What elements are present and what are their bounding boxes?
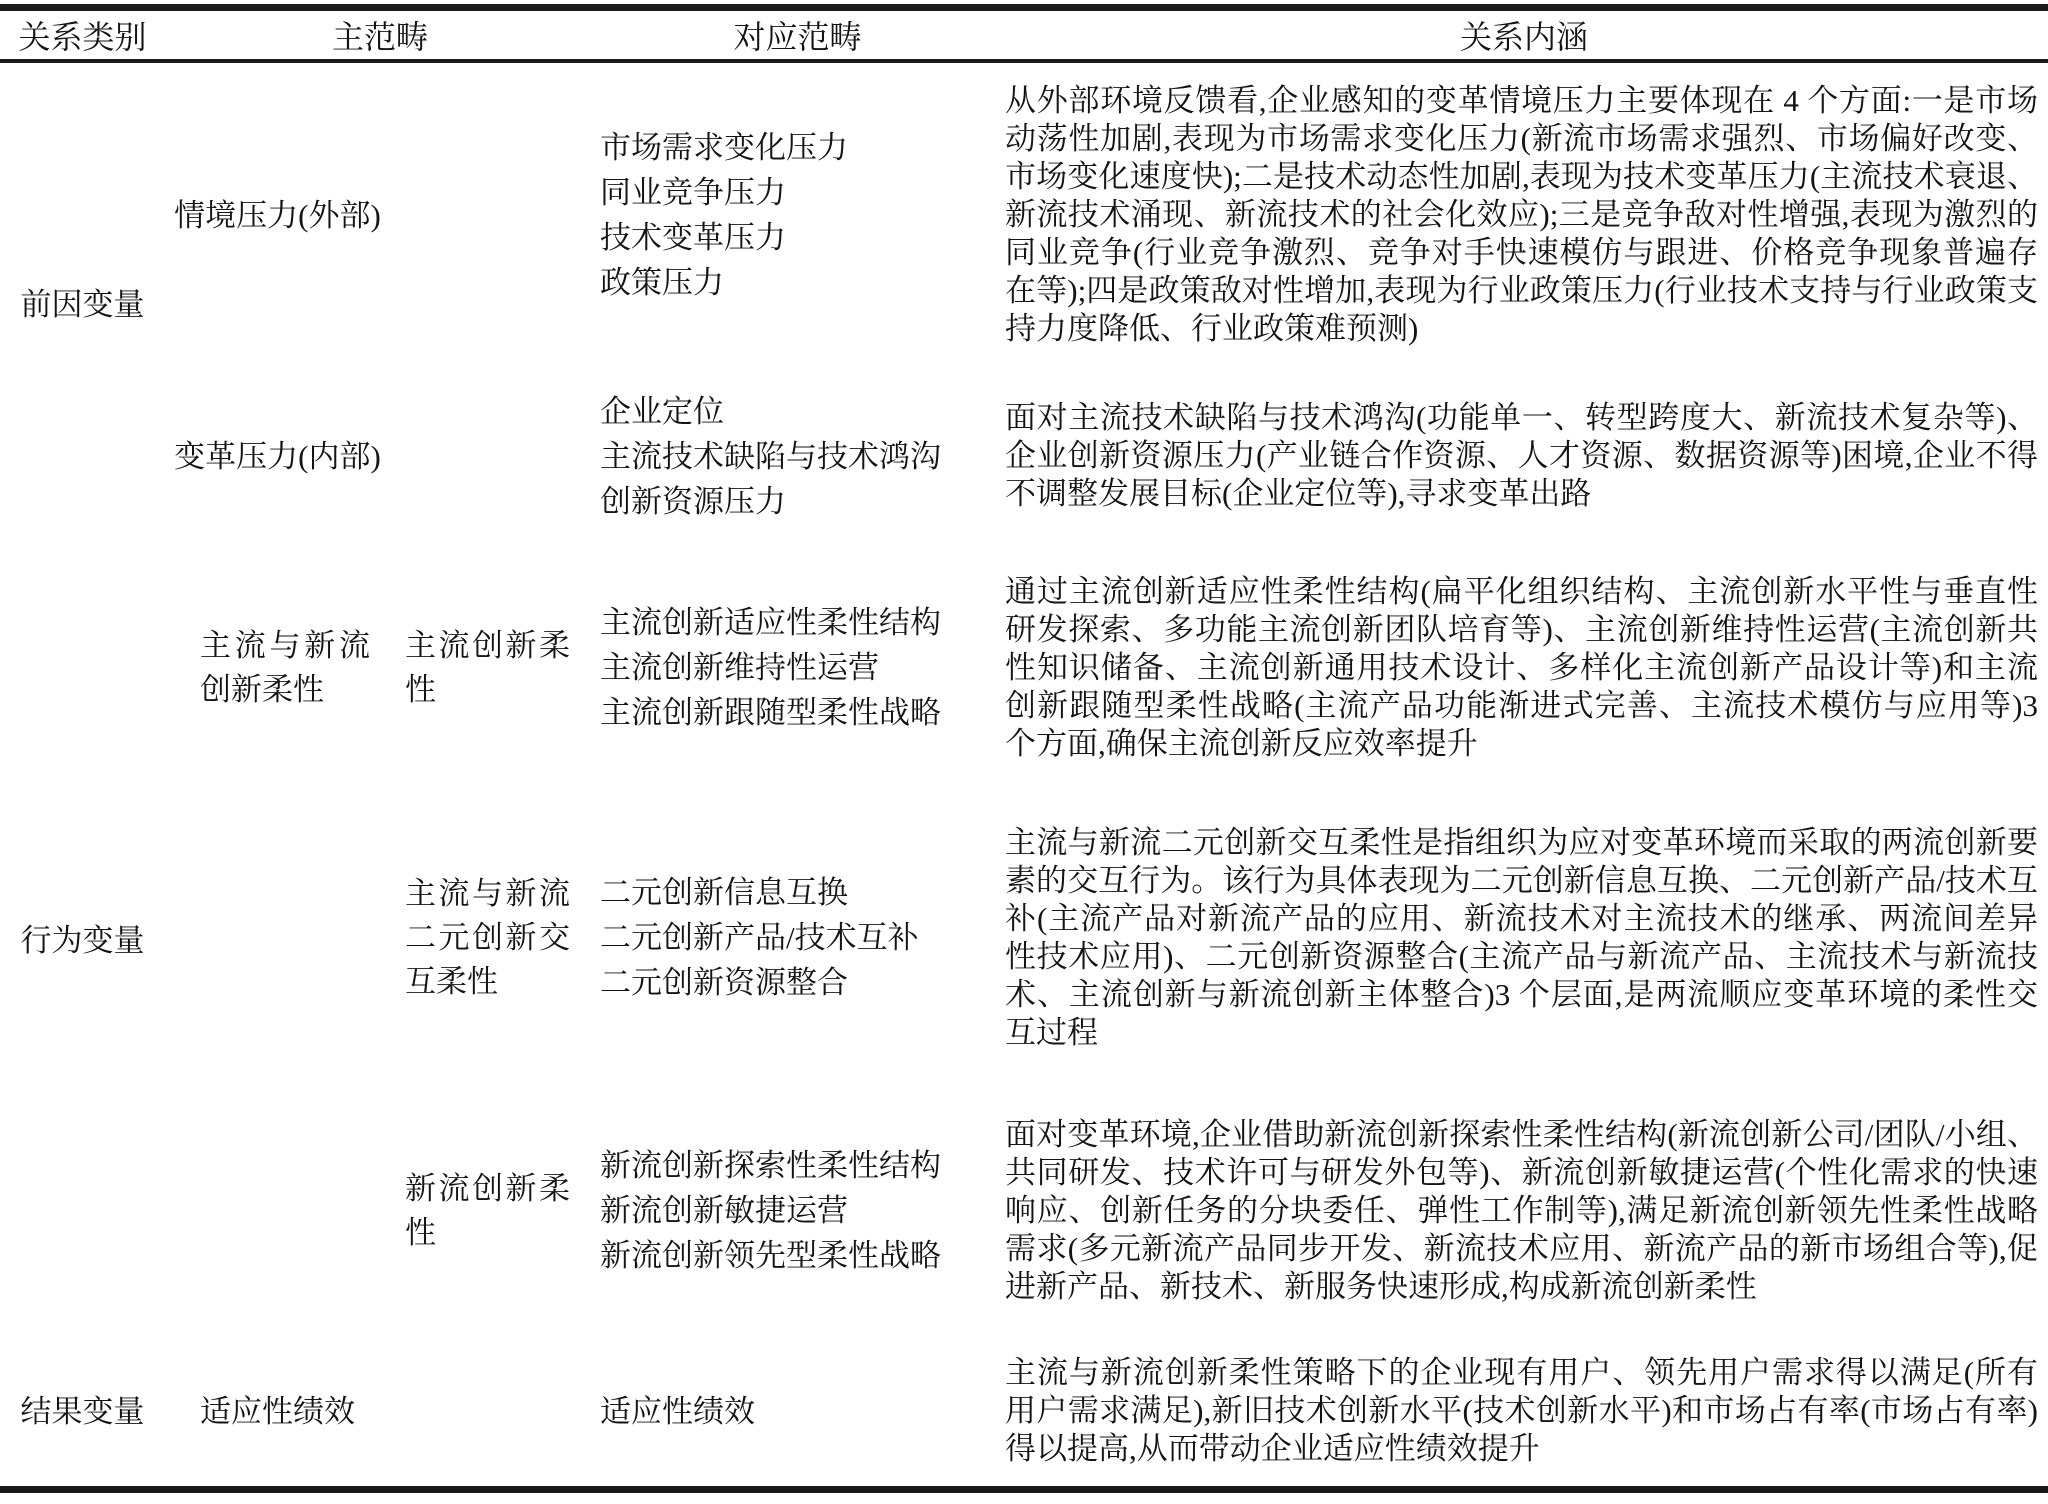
corresponding-item: 同业竞争压力: [600, 170, 1000, 215]
corresponding-cell: 市场需求变化压力 同业竞争压力 技术变革压力 政策压力: [595, 61, 1000, 367]
main-category-group-cell: [165, 1085, 400, 1336]
header-corresponding-category: 对应范畴: [595, 11, 1000, 61]
corresponding-item: 技术变革压力: [600, 215, 1000, 260]
corresponding-item: 新流创新领先型柔性战略: [600, 1233, 1000, 1278]
header-main-category: 主范畴: [165, 11, 595, 61]
sub-category-cell: [400, 61, 595, 367]
corresponding-item: 主流创新跟随型柔性战略: [600, 690, 1000, 735]
corresponding-cell: 企业定位 主流技术缺陷与技术鸿沟 创新资源压力: [595, 367, 1000, 545]
paper-table-page: 关系类别 主范畴 对应范畴 关系内涵 前因变量 情境压力(外部) 市场需求变化压…: [0, 0, 2048, 1504]
corresponding-item: 市场需求变化压力: [600, 125, 1000, 170]
corresponding-cell: 适应性绩效: [595, 1336, 1000, 1486]
sub-category-cell: 主流与新流二元创新交互柔性: [400, 790, 595, 1085]
sub-category-cell: [400, 1336, 595, 1486]
corresponding-item: 二元创新信息互换: [600, 870, 1000, 915]
table-bottom-rule: [0, 1486, 2048, 1493]
corresponding-item: 二元创新产品/技术互补: [600, 915, 1000, 960]
corresponding-item: 二元创新资源整合: [600, 960, 1000, 1005]
corresponding-cell: 二元创新信息互换 二元创新产品/技术互补 二元创新资源整合: [595, 790, 1000, 1085]
table-top-rule: [0, 4, 2048, 11]
main-category-cell: 变革压力(内部): [165, 367, 400, 545]
table-row: 前因变量 情境压力(外部) 市场需求变化压力 同业竞争压力 技术变革压力 政策压…: [0, 61, 2048, 367]
corresponding-item: 新流创新探索性柔性结构: [600, 1143, 1000, 1188]
corresponding-item: 创新资源压力: [600, 479, 1000, 524]
main-category-group-cell: 主流与新流创新柔性: [165, 545, 400, 790]
table-row: 变革压力(内部) 企业定位 主流技术缺陷与技术鸿沟 创新资源压力 面对主流技术缺…: [0, 367, 2048, 545]
corresponding-item: 适应性绩效: [600, 1389, 1000, 1434]
connotation-cell: 主流与新流二元创新交互柔性是指组织为应对变革环境而采取的两流创新要素的交互行为。…: [1000, 790, 2048, 1085]
table-row: 结果变量 适应性绩效 适应性绩效 主流与新流创新柔性策略下的企业现有用户、领先用…: [0, 1336, 2048, 1486]
category-cell: 结果变量: [0, 1336, 165, 1486]
corresponding-cell: 主流创新适应性柔性结构 主流创新维持性运营 主流创新跟随型柔性战略: [595, 545, 1000, 790]
table-row: 新流创新柔性 新流创新探索性柔性结构 新流创新敏捷运营 新流创新领先型柔性战略 …: [0, 1085, 2048, 1336]
sub-category-cell: [400, 367, 595, 545]
main-category-group-cell: [165, 790, 400, 1085]
corresponding-item: 企业定位: [600, 389, 1000, 434]
corresponding-item: 政策压力: [600, 260, 1000, 305]
connotation-cell: 面对主流技术缺陷与技术鸿沟(功能单一、转型跨度大、新流技术复杂等)、企业创新资源…: [1000, 367, 2048, 545]
category-cell: 前因变量: [0, 61, 165, 545]
sub-category-cell: 新流创新柔性: [400, 1085, 595, 1336]
connotation-cell: 通过主流创新适应性柔性结构(扁平化组织结构、主流创新水平性与垂直性研发探索、多功…: [1000, 545, 2048, 790]
connotation-cell: 主流与新流创新柔性策略下的企业现有用户、领先用户需求得以满足(所有用户需求满足)…: [1000, 1336, 2048, 1486]
corresponding-cell: 新流创新探索性柔性结构 新流创新敏捷运营 新流创新领先型柔性战略: [595, 1085, 1000, 1336]
header-row: 关系类别 主范畴 对应范畴 关系内涵: [0, 11, 2048, 61]
table-row: 主流与新流二元创新交互柔性 二元创新信息互换 二元创新产品/技术互补 二元创新资…: [0, 790, 2048, 1085]
connotation-cell: 从外部环境反馈看,企业感知的变革情境压力主要体现在 4 个方面:一是市场动荡性加…: [1000, 61, 2048, 367]
corresponding-item: 主流技术缺陷与技术鸿沟: [600, 434, 1000, 479]
header-relation-connotation: 关系内涵: [1000, 11, 2048, 61]
main-category-cell: 情境压力(外部): [165, 61, 400, 367]
sub-category-cell: 主流创新柔性: [400, 545, 595, 790]
corresponding-item: 新流创新敏捷运营: [600, 1188, 1000, 1233]
corresponding-item: 主流创新适应性柔性结构: [600, 600, 1000, 645]
category-relation-table: 关系类别 主范畴 对应范畴 关系内涵 前因变量 情境压力(外部) 市场需求变化压…: [0, 11, 2048, 1486]
table-row: 行为变量 主流与新流创新柔性 主流创新柔性 主流创新适应性柔性结构 主流创新维持…: [0, 545, 2048, 790]
connotation-cell: 面对变革环境,企业借助新流创新探索性柔性结构(新流创新公司/团队/小组、共同研发…: [1000, 1085, 2048, 1336]
main-category-cell: 适应性绩效: [165, 1336, 400, 1486]
category-cell: 行为变量: [0, 545, 165, 1336]
corresponding-item: 主流创新维持性运营: [600, 645, 1000, 690]
header-category: 关系类别: [0, 11, 165, 61]
